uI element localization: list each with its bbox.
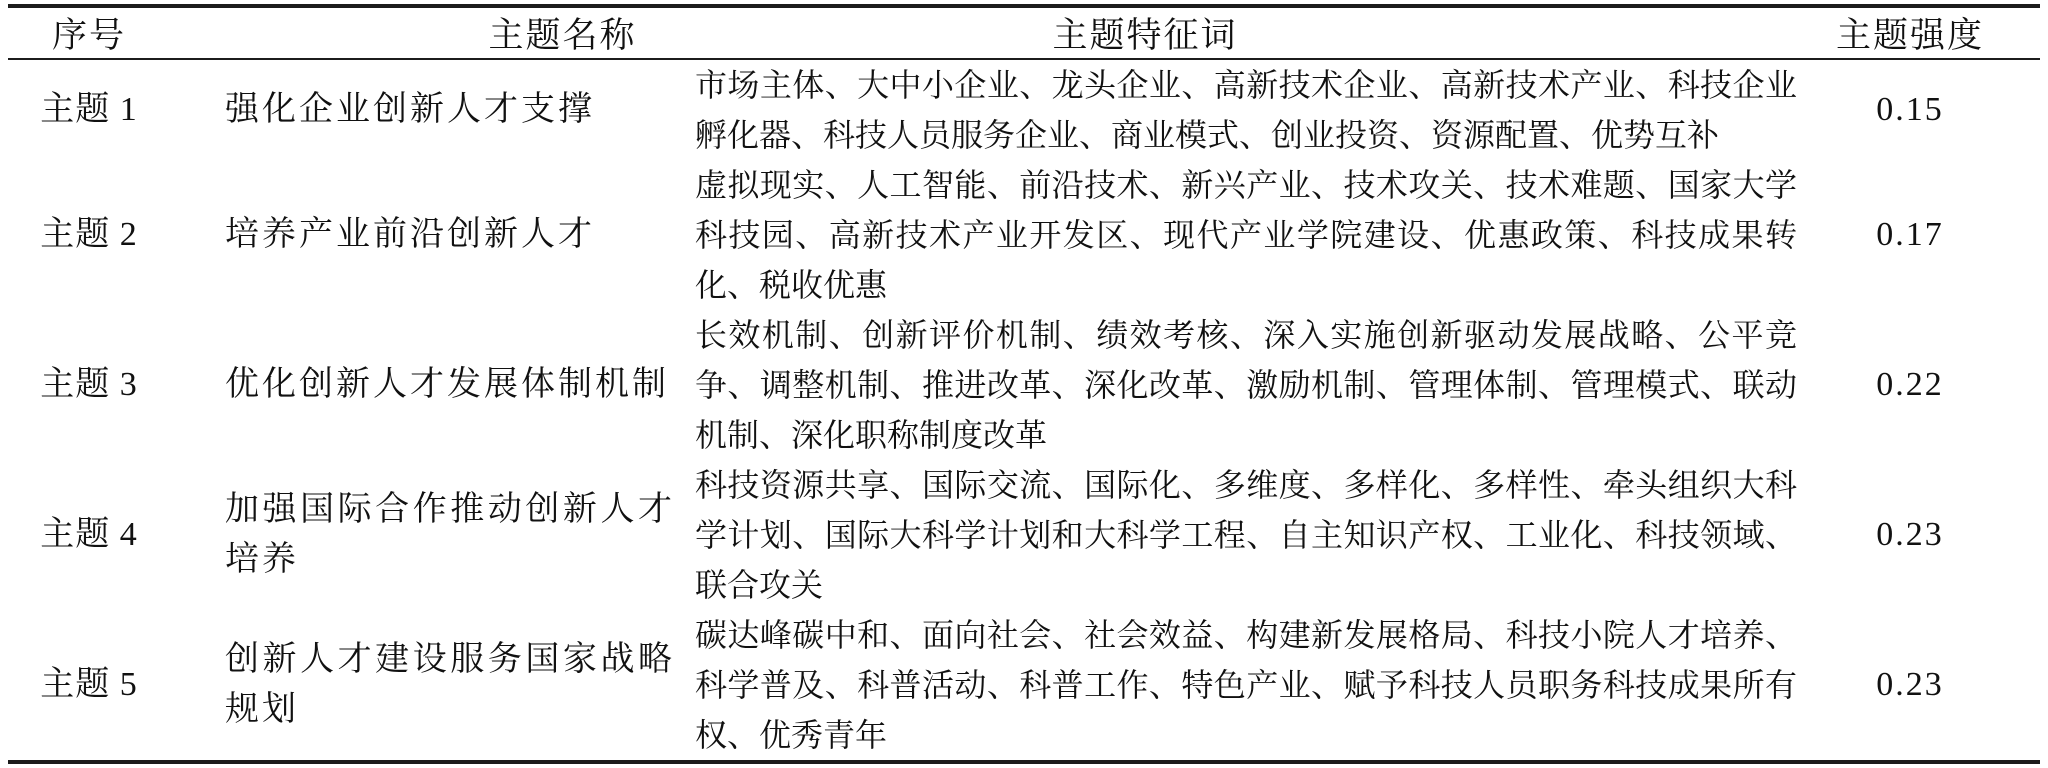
topic-strength: 0.23	[1800, 460, 2040, 610]
topic-strength: 0.17	[1800, 160, 2040, 310]
table-header: 序号 主题名称 主题特征词 主题强度	[8, 6, 2040, 59]
table-body: 主题 1 强化企业创新人才支撑 市场主体、大中小企业、龙头企业、高新技术企业、高…	[8, 59, 2040, 762]
table-row: 主题 5 创新人才建设服务国家战略规划 碳达峰碳中和、面向社会、社会效益、构建新…	[8, 610, 2040, 762]
topic-id: 主题 3	[8, 310, 170, 460]
topics-table: 序号 主题名称 主题特征词 主题强度 主题 1 强化企业创新人才支撑 市场主体、…	[8, 4, 2040, 764]
topic-keywords: 虚拟现实、人工智能、前沿技术、新兴产业、技术攻关、技术难题、国家大学科技园、高新…	[690, 160, 1800, 310]
column-header-id: 序号	[8, 6, 170, 59]
topic-id: 主题 1	[8, 59, 170, 160]
table-row: 主题 3 优化创新人才发展体制机制 长效机制、创新评价机制、绩效考核、深入实施创…	[8, 310, 2040, 460]
topic-id: 主题 5	[8, 610, 170, 762]
column-header-strength: 主题强度	[1800, 6, 2040, 59]
topic-id: 主题 2	[8, 160, 170, 310]
table-row: 主题 1 强化企业创新人才支撑 市场主体、大中小企业、龙头企业、高新技术企业、高…	[8, 59, 2040, 160]
topic-strength: 0.22	[1800, 310, 2040, 460]
header-row: 序号 主题名称 主题特征词 主题强度	[8, 6, 2040, 59]
topic-keywords: 碳达峰碳中和、面向社会、社会效益、构建新发展格局、科技小院人才培养、科学普及、科…	[690, 610, 1800, 762]
topic-name: 培养产业前沿创新人才	[170, 160, 690, 310]
column-header-keywords: 主题特征词	[690, 6, 1800, 59]
topic-name: 加强国际合作推动创新人才培养	[170, 460, 690, 610]
topic-keywords: 科技资源共享、国际交流、国际化、多维度、多样化、多样性、牵头组织大科学计划、国际…	[690, 460, 1800, 610]
topic-keywords: 市场主体、大中小企业、龙头企业、高新技术企业、高新技术产业、科技企业孵化器、科技…	[690, 59, 1800, 160]
topic-id: 主题 4	[8, 460, 170, 610]
topic-name: 优化创新人才发展体制机制	[170, 310, 690, 460]
table-row: 主题 4 加强国际合作推动创新人才培养 科技资源共享、国际交流、国际化、多维度、…	[8, 460, 2040, 610]
topic-strength: 0.15	[1800, 59, 2040, 160]
column-header-name: 主题名称	[170, 6, 690, 59]
topic-name: 创新人才建设服务国家战略规划	[170, 610, 690, 762]
table-row: 主题 2 培养产业前沿创新人才 虚拟现实、人工智能、前沿技术、新兴产业、技术攻关…	[8, 160, 2040, 310]
topic-name: 强化企业创新人才支撑	[170, 59, 690, 160]
topic-strength: 0.23	[1800, 610, 2040, 762]
topic-keywords: 长效机制、创新评价机制、绩效考核、深入实施创新驱动发展战略、公平竞争、调整机制、…	[690, 310, 1800, 460]
